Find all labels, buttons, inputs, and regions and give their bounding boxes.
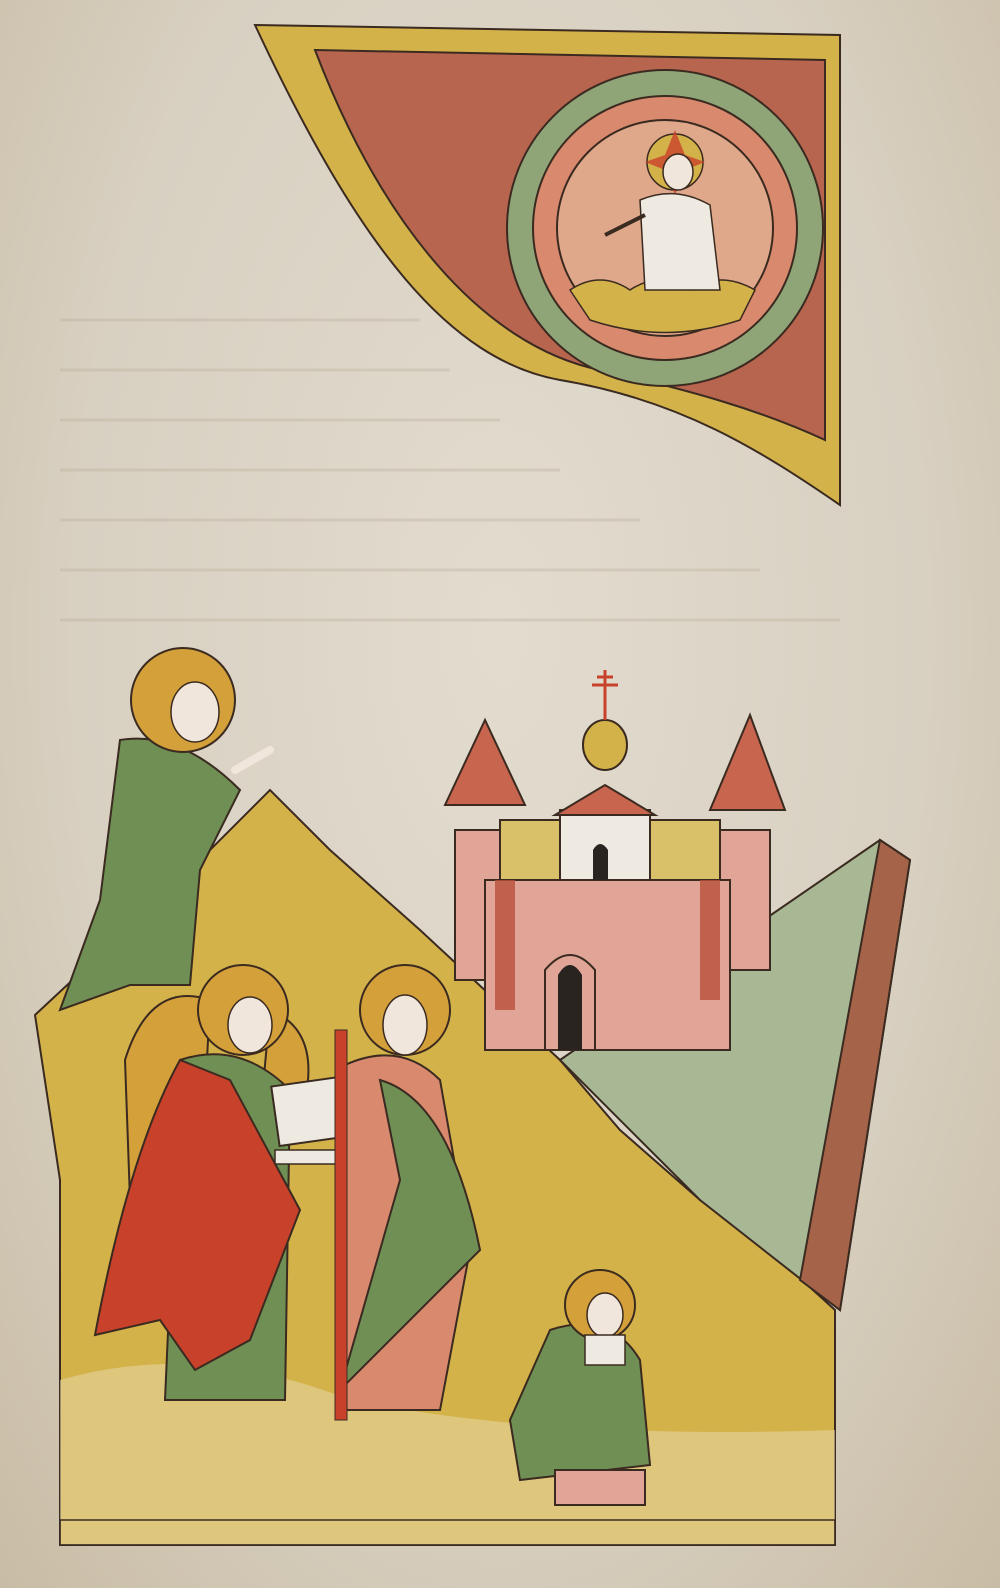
city-gate xyxy=(558,965,582,1050)
sky-segment xyxy=(255,25,840,505)
staff xyxy=(335,1030,347,1420)
onion-dome-icon xyxy=(583,720,627,770)
manuscript-page: Illuminated manuscript page xyxy=(0,0,1000,1588)
cross-icon xyxy=(592,670,618,720)
illumination xyxy=(0,0,1000,1588)
